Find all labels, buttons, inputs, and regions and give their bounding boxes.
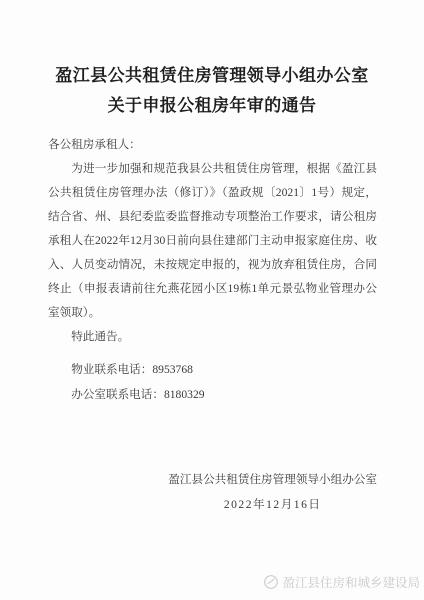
housing-bureau-logo-icon bbox=[263, 574, 279, 590]
watermark-text: 盈江县住房和城乡建设局 bbox=[282, 573, 420, 591]
notice-document-page: 盈江县公共租赁住房管理领导小组办公室 关于申报公租房年审的通告 各公租房承租人：… bbox=[0, 0, 424, 600]
document-title: 盈江县公共租赁住房管理领导小组办公室 关于申报公租房年审的通告 bbox=[0, 11, 424, 121]
property-phone-label: 物业联系电话： bbox=[71, 363, 152, 376]
document-body: 各公租房承租人： 为进一步加强和规范我县公共租赁住房管理，根据《盈江县公共租赁住… bbox=[48, 133, 377, 517]
office-phone-line: 办公室联系电话：8180329 bbox=[48, 382, 377, 407]
signature-org: 盈江县公共租赁住房管理领导小组办公室 bbox=[168, 467, 377, 492]
property-phone-line: 物业联系电话：8953768 bbox=[48, 357, 377, 382]
title-line-2: 关于申报公租房年审的通告 bbox=[0, 91, 424, 121]
signature-date: 2022年12月16日 bbox=[168, 492, 377, 517]
property-phone-number: 8953768 bbox=[152, 363, 193, 376]
office-phone-number: 8180329 bbox=[164, 388, 205, 401]
body-paragraph: 为进一步加强和规范我县公共租赁住房管理，根据《盈江县公共租赁住房管理办法（修订）… bbox=[48, 157, 377, 325]
signature-inner: 盈江县公共租赁住房管理领导小组办公室 2022年12月16日 bbox=[168, 467, 377, 517]
watermark: 盈江县住房和城乡建设局 bbox=[263, 573, 420, 591]
closing-line: 特此通告。 bbox=[48, 325, 377, 349]
office-phone-label: 办公室联系电话： bbox=[71, 388, 164, 401]
title-line-1: 盈江县公共租赁住房管理领导小组办公室 bbox=[0, 61, 424, 91]
salutation: 各公租房承租人： bbox=[48, 133, 377, 157]
signature-block: 盈江县公共租赁住房管理领导小组办公室 2022年12月16日 bbox=[48, 467, 377, 517]
contact-section: 物业联系电话：8953768 办公室联系电话：8180329 bbox=[48, 357, 377, 407]
